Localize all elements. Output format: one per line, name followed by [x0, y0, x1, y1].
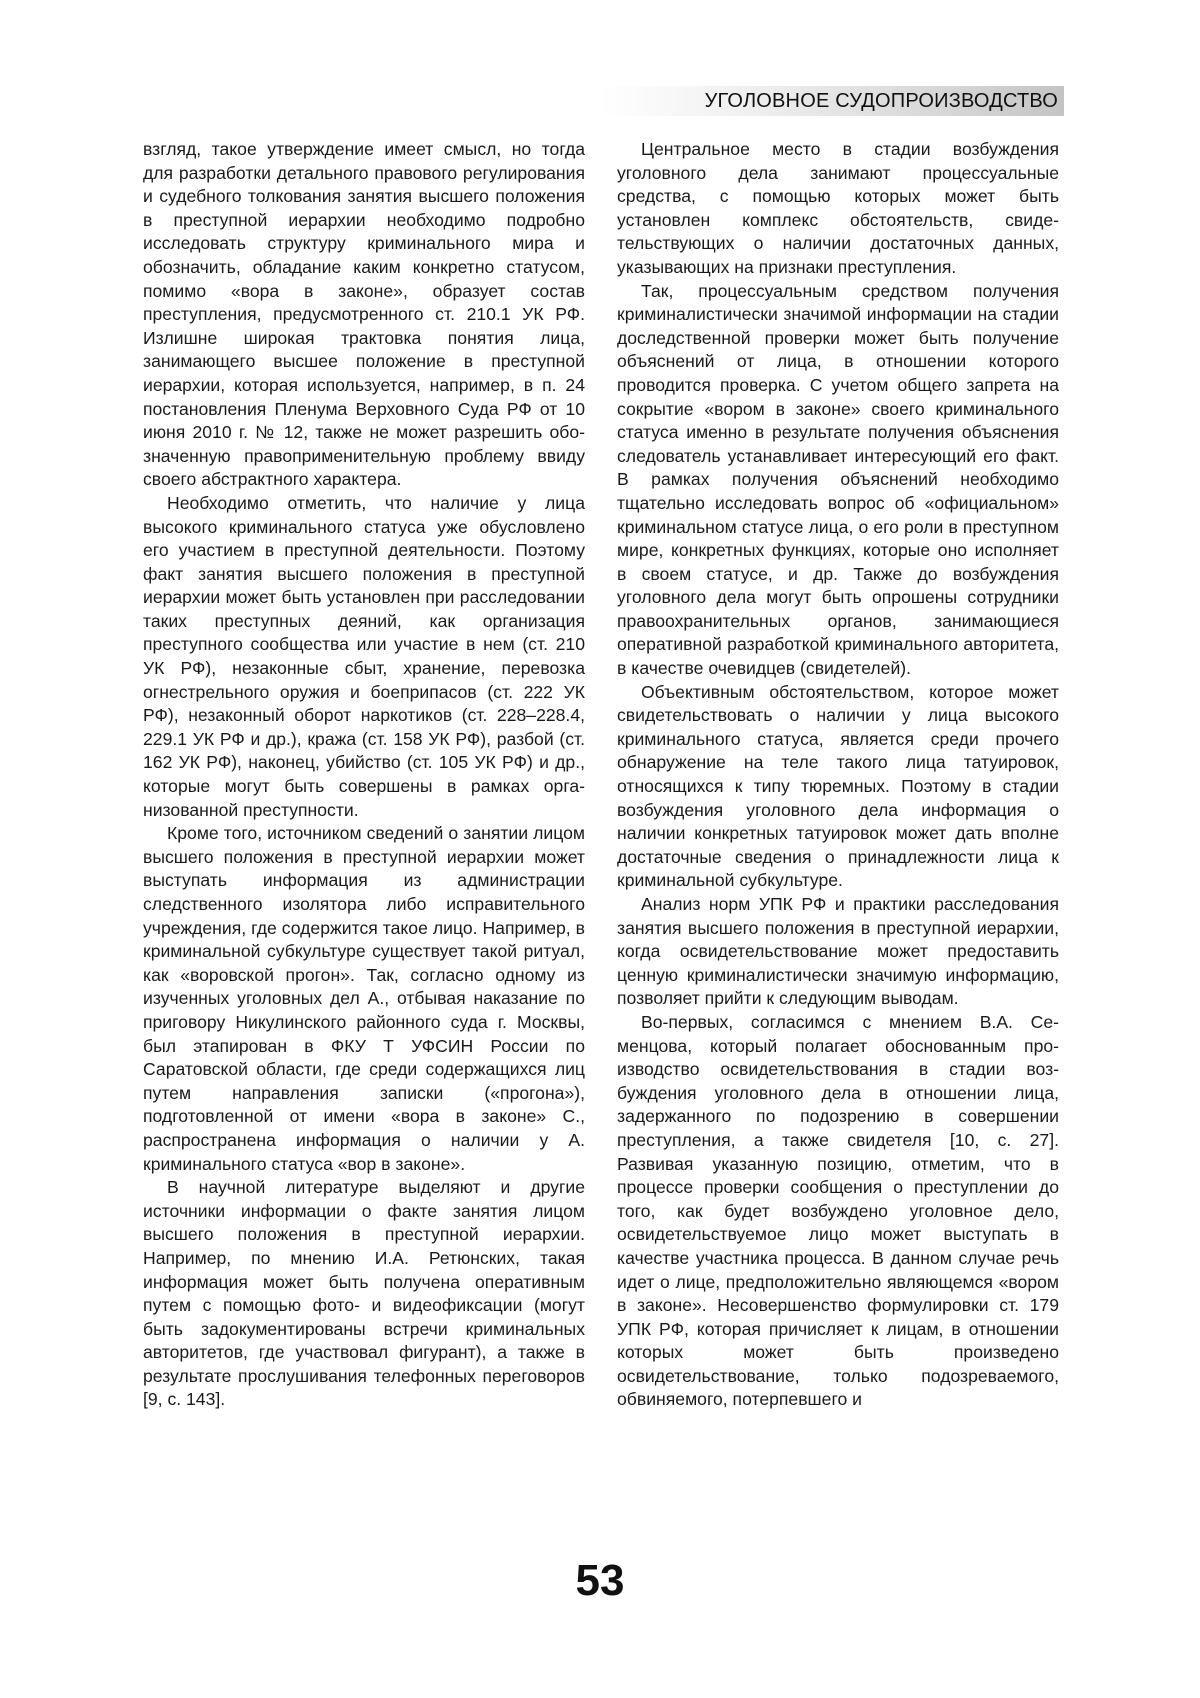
paragraph: В научной литературе выделяют и другие и… — [143, 1176, 585, 1412]
paragraph: Анализ норм УПК РФ и практики расследо­в… — [617, 893, 1059, 1011]
paragraph: Кроме того, источником сведений о заня­т… — [143, 822, 585, 1176]
section-title: УГОЛОВНОЕ СУДОПРОИЗВОДСТВО — [705, 90, 1058, 113]
page-number: 53 — [0, 1556, 1200, 1606]
running-header: УГОЛОВНОЕ СУДОПРОИЗВОДСТВО — [600, 86, 1064, 116]
paragraph: взгляд, такое утверждение имеет смысл, н… — [143, 138, 585, 492]
paragraph: Так, процессуальным средством получения … — [617, 280, 1059, 681]
right-column: Центральное место в стадии возбуждения у… — [617, 138, 1059, 1412]
left-column: взгляд, такое утверждение имеет смысл, н… — [143, 138, 585, 1412]
paragraph: Необходимо отметить, что наличие у лица … — [143, 492, 585, 822]
paragraph: Во-первых, согласимся с мнением В.А. Се­… — [617, 1011, 1059, 1412]
paragraph: Центральное место в стадии возбуждения у… — [617, 138, 1059, 280]
paragraph: Объективным обстоятельством, которое мо­… — [617, 681, 1059, 893]
